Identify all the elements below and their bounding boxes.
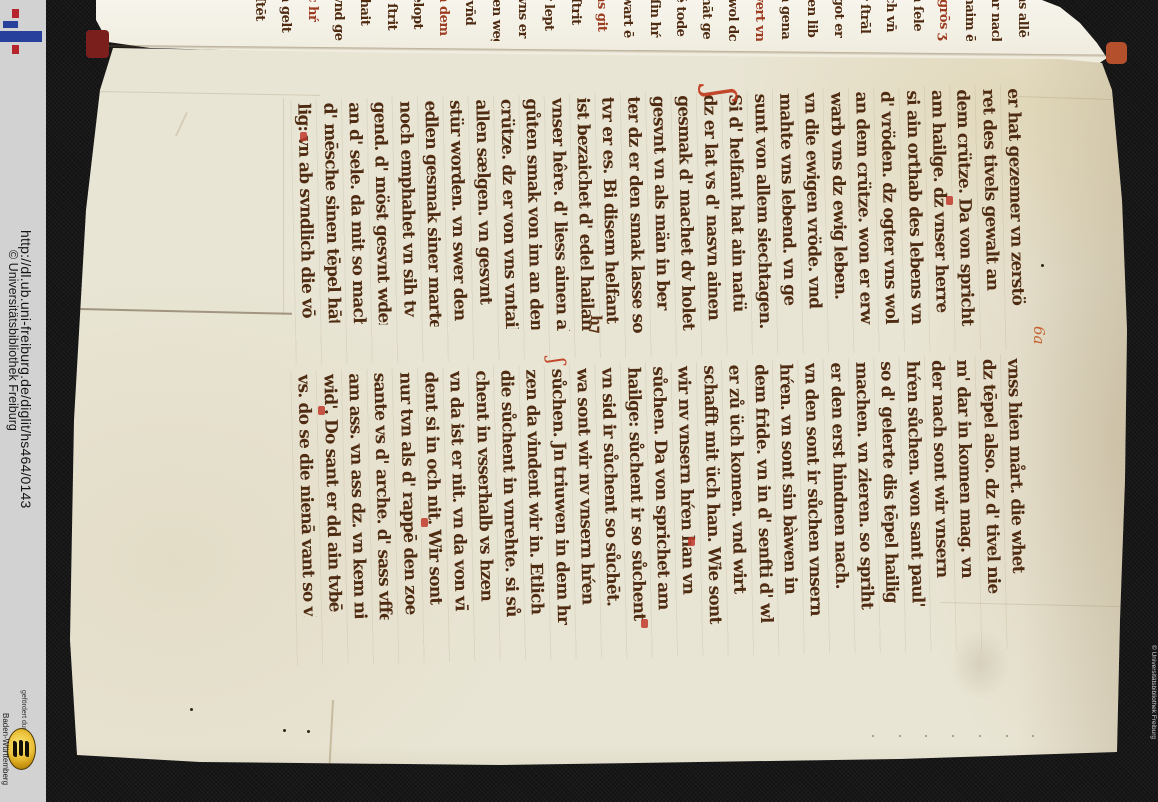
pricking-hole <box>925 735 927 737</box>
right-edge-copyright: © Universitätsbibliothek Freiburg <box>1150 645 1157 739</box>
previous-leaf-line-fragment: er lept <box>541 0 556 41</box>
previous-leaf-line-fragment: dien lib <box>804 0 819 41</box>
manuscript-line: vs. do se die nienā vant so vl <box>294 374 319 616</box>
manuscript-line: vnser hêre. d' liess ainen als <box>547 98 572 331</box>
manuscript-line: crütze. dz er von vns vntail <box>496 99 521 329</box>
manuscript-page: er hat gezemer vn zerstöret des tivels g… <box>0 0 1158 802</box>
scan-sidebar: http://dl.ub.uni-freiburg.de/diglit/hs46… <box>0 0 46 802</box>
previous-leaf-line-fragment: t wart ē <box>620 0 635 41</box>
manuscript-line: edlen gesmak siner marter <box>420 100 445 326</box>
copyright-label: © Universitätsbibliothek Freiburg <box>6 250 20 431</box>
previous-leaf-line-fragment: vn̄ ſele <box>910 0 925 41</box>
previous-leaf-line-fragment: ſt vn̄d <box>462 0 477 41</box>
rubric-touch <box>318 406 325 415</box>
region-label: Baden-Württemberg <box>1 713 10 785</box>
manuscript-line: vn sid ir sůchent so sůchēt. <box>598 367 624 631</box>
previous-leaf-line-fragment: n grōs ʒ <box>936 0 951 41</box>
previous-leaf-line-fragment: vns allē <box>1015 0 1030 41</box>
manuscript-line: gesmak d' machet dv holet <box>674 95 699 335</box>
manuscript-line: vnss hien mårt. die whet <box>1003 358 1030 650</box>
ink-dot <box>190 708 193 711</box>
manuscript-line: gůten smak von im an dem <box>522 98 547 330</box>
scan-url-label: http://dl.ub.uni-freiburg.de/diglit/hs46… <box>18 230 34 509</box>
manuscript-line: vn die ewigen vröde. vnd <box>800 92 825 339</box>
lion-icon <box>19 740 23 756</box>
lower-text-band: vnss hien mårt. die whetdz tēpel also. d… <box>270 352 1035 674</box>
manuscript-line: dz er lat vs d' nasvn ainen <box>699 94 724 336</box>
rubric-touch <box>946 196 953 205</box>
red-fore-edge-right <box>1106 42 1127 64</box>
manuscript-line: er hat gezemer vn zerstö <box>1003 88 1028 346</box>
manuscript-line: m' dar in komen mag. vn <box>952 359 979 648</box>
previous-leaf-line-fragment: ʒ ſtēt <box>252 0 267 41</box>
manuscript-line: dem crütze. Da von spricht <box>952 89 977 345</box>
manuscript-line: warb vns dz ewig leben. <box>826 92 851 341</box>
manuscript-line: ist bezaichet d' edel hailant <box>572 97 597 332</box>
manuscript-line: stür worden. vn swer den <box>446 100 471 328</box>
previous-leaf-line-fragment: ʒ vns er <box>515 0 530 41</box>
stain <box>950 628 1010 700</box>
previous-leaf-line-fragment: dar nach <box>988 0 1003 41</box>
ink-dot <box>1041 264 1044 267</box>
previous-leaf-line-fragment: ē wol dc <box>725 0 740 41</box>
previous-leaf-line-fragment: vns git <box>594 0 609 41</box>
previous-leaf-line-fragment: t vnd ge <box>331 0 346 41</box>
manuscript-line: zen da vindent wir in. Etlich <box>522 369 548 627</box>
manuscript-line: allen sælgen. vn gesvnt <box>471 99 496 328</box>
manuscript-line: sůchen. Da von sprichet am <box>648 366 674 633</box>
manuscript-line: er zů üch komen. vnd wirt <box>724 364 750 637</box>
previous-leaf-line-fragment: ſich vn̄ <box>883 0 898 41</box>
registration-mark-red-bottom <box>12 45 19 54</box>
lion-icon <box>25 741 29 758</box>
manuscript-line: machen. vn zieren. so spriht <box>851 362 877 644</box>
manuscript-line: tvr er es. Bi disem helfant <box>598 97 623 333</box>
manuscript-line: Si d' helfant hat ain natü <box>724 94 749 337</box>
manuscript-line: dent si in och nit. Wir sont <box>420 371 446 622</box>
pricking-hole <box>952 735 954 737</box>
previous-leaf-line-fragment: vn̄ gena <box>778 0 793 41</box>
pricking-hole <box>899 735 901 737</box>
parchment-crease <box>329 700 334 766</box>
manuscript-line: dz tēpel also. dz d' tivel nie <box>978 359 1005 650</box>
manuscript-line: der nach sont wir vnsern <box>927 360 953 647</box>
lion-icon <box>13 741 17 758</box>
upper-text-band: er hat gezemer vn zerstöret des tivels g… <box>270 82 1034 373</box>
previous-leaf-line-fragment: ʒ got er <box>831 0 846 41</box>
folio-number-mark: 6a <box>1031 326 1046 345</box>
red-initial-upper: ʃ <box>700 88 740 99</box>
manuscript-line: gesvnt vn als män in ber <box>648 96 673 335</box>
manuscript-line: am hailge. dz vnser herre <box>927 90 952 344</box>
previous-leaf-line-fragment: dien weg <box>489 0 504 41</box>
previous-leaf-line-fragment: r hāt ge <box>699 0 714 41</box>
manuscript-line: gend. d' möst gesvnt wden. <box>370 101 395 324</box>
manuscript-line: hailge: sůchent ir so sůchent <box>623 367 649 632</box>
manuscript-line: mahte vns lebend. vn ge <box>775 93 800 339</box>
pricking-hole <box>872 735 874 737</box>
manuscript-line: am ass. vn ass dz. vn kem nit <box>344 373 370 619</box>
manuscript-line: an dem crütze. won er erw <box>851 91 876 341</box>
manuscript-line: vn da ist er nit. vn da von vī <box>446 371 472 624</box>
manuscript-line: d' vröden. dz ogter vns wol <box>876 91 901 342</box>
scan-photo: { "sidebar": { "url": "http://dl.ub.uni-… <box>0 0 1158 802</box>
manuscript-line: nur tvn als d' rappē den zoe <box>395 372 421 621</box>
previous-leaf-line-fragment: dc hŕ <box>305 0 320 41</box>
registration-mark-red-top <box>12 9 19 18</box>
rubric-touch <box>421 518 428 527</box>
manuscript-line: d' mēsche sinen tēpel hāt <box>319 102 344 323</box>
manuscript-line: si ain orthab des lebens vn <box>902 90 927 343</box>
pricking-hole <box>1006 735 1008 737</box>
registration-mark-blue-large <box>0 31 42 42</box>
manuscript-line: sunt von allem siechtagen. <box>750 93 775 337</box>
registration-mark-blue-small <box>3 21 18 28</box>
previous-leaf-line-fragment: ſwert vn <box>752 0 767 41</box>
previous-leaf-line-fragment: er ſtrāl <box>857 0 872 41</box>
manuscript-line: sante vs d' arche. d' sass vffen <box>370 372 396 619</box>
baden-wuerttemberg-emblem <box>7 728 36 770</box>
manuscript-line: wa sont wir nv vnsern hŕen <box>572 368 598 630</box>
previous-leaf-line-fragment: ē ſtrit <box>568 0 583 41</box>
red-fore-edge-left <box>86 30 109 58</box>
manuscript-line: sůchen. Jn triuwen in dem hr <box>547 368 573 628</box>
previous-leaf-line-fragment: vn gelt <box>278 0 293 41</box>
previous-leaf-line-fragment: ſchait <box>357 0 372 41</box>
ink-dot <box>283 729 286 732</box>
pricking-hole <box>1032 735 1034 737</box>
manuscript-line: hŕen sůchen. won sant paul' <box>902 360 928 645</box>
manuscript-line: ret des tivels gewalt an <box>978 89 1003 346</box>
red-initial-lower: ʃ <box>544 358 566 364</box>
manuscript-line: ter dz er den smak lasse so <box>623 96 648 333</box>
manuscript-line: noch emphahet vn sih tv <box>395 101 420 326</box>
manuscript-line: an d' sele. da mit so machet <box>344 102 369 324</box>
manuscript-line: dem fride. vn in d' senfti d' wl <box>750 364 776 638</box>
rubric-touch <box>641 619 648 628</box>
manuscript-line: die sůchent in vnrehte. si sů <box>496 370 522 626</box>
manuscript-line: chent in vsserhalb vs hzen <box>471 370 497 625</box>
manuscript-line: schafft mit üch han. Wie sont <box>699 365 725 636</box>
ruling-line <box>80 308 292 314</box>
pricking-hole <box>979 735 981 737</box>
rubric-touch <box>688 537 695 546</box>
ruling-line <box>1018 96 1112 100</box>
previous-leaf-line-fragment: m̄ ſtrit <box>384 0 399 41</box>
previous-leaf-line-fragment: dē tode <box>673 0 688 41</box>
manuscript-line: er den erst hindnen nach. <box>826 362 852 642</box>
manuscript-line: hŕen. vn sont sin bàwen in <box>775 363 801 639</box>
marginal-mark: h⁊ <box>587 315 604 333</box>
previous-leaf-line-fragment: vn̄ dem <box>436 0 451 41</box>
manuscript-line: so d' gelerte dis tēpel hailig <box>876 361 902 644</box>
manuscript-line: wir nv vnsern hŕen han vn <box>674 366 700 635</box>
ink-dot <box>307 730 310 733</box>
previous-leaf-line-fragment: t haim ē <box>962 0 977 41</box>
parchment-crease <box>175 112 188 136</box>
previous-leaf-line-fragment: gelopt <box>410 0 425 41</box>
manuscript-line: vn den sont ir sůchen vnsern <box>800 363 826 641</box>
rubric-touch <box>300 132 307 141</box>
ruling-line <box>95 91 320 96</box>
previous-leaf-line-fragment: n ſin hŕ <box>647 0 662 41</box>
